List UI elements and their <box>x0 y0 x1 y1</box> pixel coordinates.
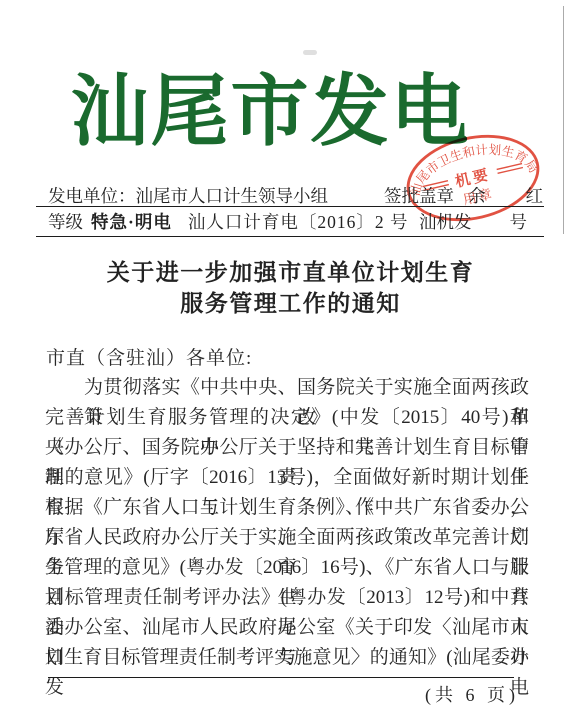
body-line: 目标管理责任制考评办法》(粤办发〔2013〕12号)和中共汕尾市 <box>45 583 529 613</box>
ref-number-suffix: 号 <box>510 212 528 232</box>
body-line: 完善计划生育服务管理的决定》(中发〔2015〕40号)和《中共中 <box>45 403 529 433</box>
page-count: (共 6 页) <box>299 681 519 707</box>
body-line: 为贯彻落实《中共中央、国务院关于实施全面两孩政策改革 <box>45 373 529 403</box>
unit-value: 汕尾市人口计生领导小组 <box>136 186 329 206</box>
level-value: 特急·明电 <box>91 212 172 232</box>
body-line: 委办公室、汕尾市人民政府办公室《关于印发〈汕尾市人口与计 <box>45 613 529 643</box>
body-line: 务管理的意见》(粤办发〔2016〕16号)、《广东省人口与计划生育 <box>45 553 529 583</box>
unit-label: 发电单位： <box>48 186 136 206</box>
sign-name: 余 <box>468 186 486 206</box>
telegram-document-page: 汕尾市发电 汕尾市卫生和计划生育局 机要 用章 发电单位：汕尾市人口计生领导小组… <box>0 0 569 713</box>
sign-field: 签批盖章余红 <box>384 186 543 206</box>
header-divider <box>36 206 544 207</box>
body-line: 东省人民政府办公厅关于实施全面两孩政策改革完善计划生育服 <box>45 523 529 553</box>
body-line: 根据《广东省人口与计划生育条例》、《中共广东省委办公厅、广 <box>45 493 529 523</box>
salutation: 市直（含驻汕）各单位: <box>46 343 252 370</box>
level-label: 等级 <box>48 212 83 232</box>
document-number: 汕人口计育电〔2016〕2 号 <box>188 212 409 232</box>
header-divider <box>36 236 544 237</box>
ref-number-label: 汕机发 <box>419 212 472 232</box>
footer-divider <box>48 677 514 678</box>
header-row-unit: 发电单位：汕尾市人口计生领导小组 签批盖章余红 <box>48 186 543 206</box>
header-row-level: 等级 特急·明电 汕人口计育电〔2016〕2 号 汕机发 号 <box>48 212 527 232</box>
scan-smudge <box>303 50 317 55</box>
scan-edge-line <box>563 6 564 234</box>
document-title: 关于进一步加强市直单位计划生育 服务管理工作的通知 <box>12 257 569 319</box>
body-line: 央办公厅、国务院办公厅关于坚持和完善计划生育目标管理责任 <box>45 433 529 463</box>
document-title-line1: 关于进一步加强市直单位计划生育 <box>12 257 569 288</box>
body-line: 划生育目标管理责任制考评实施意见〉的通知》(汕尾委办发电 <box>45 643 529 673</box>
body-paragraph: 为贯彻落实《中共中央、国务院关于实施全面两孩政策改革完善计划生育服务管理的决定》… <box>45 373 529 673</box>
document-title-line2: 服务管理工作的通知 <box>12 288 569 319</box>
sign-label: 签批盖章 <box>384 186 454 206</box>
body-line: 制的意见》(厅字〔2016〕13号)，全面做好新时期计划生育工作， <box>45 463 529 493</box>
sign-name: 红 <box>526 186 544 206</box>
